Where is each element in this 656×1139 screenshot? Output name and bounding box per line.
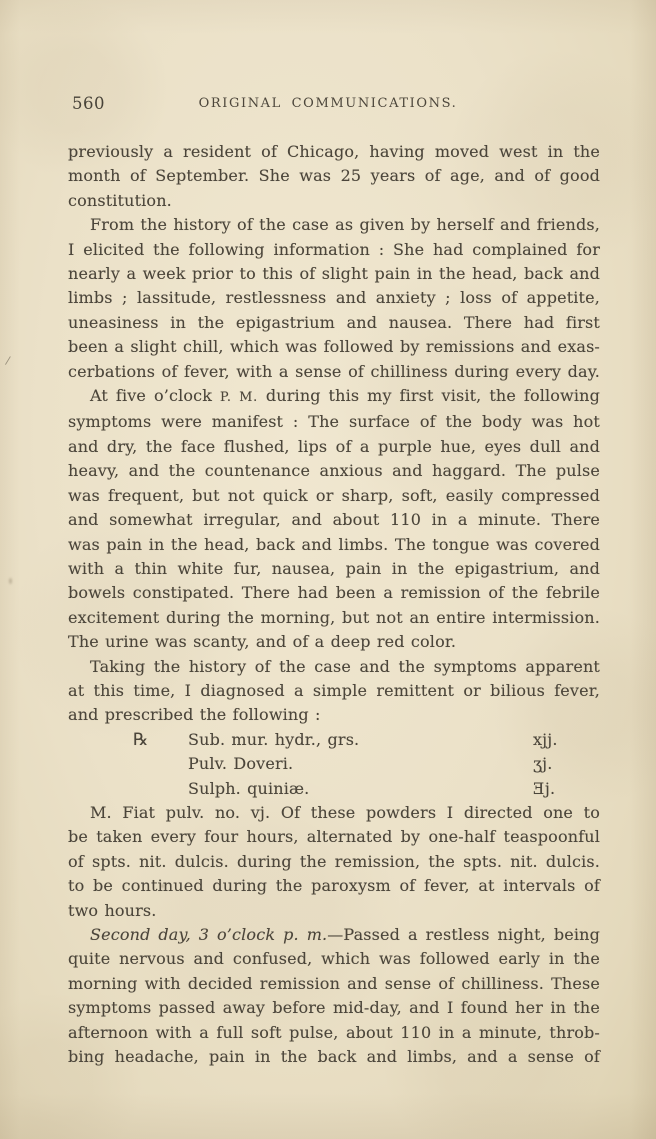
paragraph: From the history of the case as given by… (68, 213, 600, 384)
text-line: Taking the history of the case and the s… (68, 655, 600, 679)
text-line: cerbations of fever, with a sense of chi… (68, 360, 600, 384)
rx-symbol (133, 752, 188, 776)
text-line: symptoms were manifest : The surface of … (68, 410, 600, 434)
text-line: and prescribed the following : (68, 703, 600, 727)
text-line: with a thin white fur, nausea, pain in t… (68, 557, 600, 581)
text-line: constitution. (68, 189, 600, 213)
text-segment: bowels constipated. There had been a rem… (68, 583, 600, 602)
text-line: nearly a week prior to this of slight pa… (68, 262, 600, 286)
paragraph: At five o’clock P. M. during this my fir… (68, 384, 600, 654)
text-segment: quite nervous and confused, which was fo… (68, 949, 600, 968)
text-line: symptoms passed away before mid-day, and… (68, 996, 600, 1020)
rx-drug-name: Sub. mur. hydr., grs. (188, 728, 533, 752)
text-line: afternoon with a full soft pulse, about … (68, 1021, 600, 1045)
text-segment: constitution. (68, 191, 172, 210)
running-title: ORIGINAL COMMUNICATIONS. (0, 96, 656, 111)
text-line: to be continued during the paroxysm of f… (68, 874, 600, 898)
text-segment: At five o’clock (90, 386, 220, 405)
text-segment: was frequent, but not quick or sharp, so… (68, 486, 600, 505)
prescription-block: ℞Sub. mur. hydr., grs.xjj.Pulv. Doveri.ʒ… (68, 728, 600, 801)
text-line: Second day, 3 o’clock p. m.—Passed a res… (68, 923, 600, 947)
rx-quantity: ʒj. (533, 752, 553, 776)
text-segment: The urine was scanty, and of a deep red … (68, 632, 456, 651)
text-segment: to be continued during the paroxysm of f… (68, 876, 600, 895)
scanned-book-page: { "page": { "header": { "page_number": "… (0, 0, 656, 1139)
paragraph: previously a resident of Chicago, having… (68, 140, 600, 213)
prescription-row: Sulph. quiniæ.Ǝj. (68, 777, 600, 801)
text-segment: was pain in the head, back and limbs. Th… (68, 535, 600, 554)
rx-drug-name: Sulph. quiniæ. (188, 777, 533, 801)
text-segment: cerbations of fever, with a sense of chi… (68, 362, 600, 381)
text-segment: previously a resident of Chicago, having… (68, 142, 600, 161)
text-segment: symptoms were manifest : The surface of … (68, 412, 600, 431)
small-caps-text: P. M. (220, 390, 258, 405)
text-line: M. Fiat pulv. no. vj. Of these powders I… (68, 801, 600, 825)
text-segment: Taking the history of the case and the s… (90, 657, 600, 676)
text-line: been a slight chill, which was followed … (68, 335, 600, 359)
text-segment: and prescribed the following : (68, 705, 321, 724)
text-line: heavy, and the countenance anxious and h… (68, 459, 600, 483)
rx-quantity: xjj. (533, 728, 558, 752)
text-line: uneasiness in the epigastrium and nausea… (68, 311, 600, 335)
text-segment: From the history of the case as given by… (90, 215, 600, 234)
rx-drug-name: Pulv. Doveri. (188, 752, 533, 776)
text-segment: been a slight chill, which was followed … (68, 337, 600, 356)
text-line: two hours. (68, 899, 600, 923)
text-line: was frequent, but not quick or sharp, so… (68, 484, 600, 508)
text-segment: heavy, and the countenance anxious and h… (68, 461, 600, 480)
prescription-row: Pulv. Doveri.ʒj. (68, 752, 600, 776)
paragraph: M. Fiat pulv. no. vj. Of these powders I… (68, 801, 600, 923)
paragraph: Second day, 3 o’clock p. m.—Passed a res… (68, 923, 600, 1069)
italic-text: Second day, 3 o’clock p. m. (90, 925, 327, 944)
text-segment: two hours. (68, 901, 157, 920)
text-line: morning with decided remission and sense… (68, 972, 600, 996)
text-segment: —Passed a restless night, being (327, 925, 600, 944)
text-segment: and somewhat irregular, and about 110 in… (68, 510, 600, 529)
prescription-row: ℞Sub. mur. hydr., grs.xjj. (68, 728, 600, 752)
text-line: was pain in the head, back and limbs. Th… (68, 533, 600, 557)
text-segment: morning with decided remission and sense… (68, 974, 600, 993)
text-line: bing headache, pain in the back and limb… (68, 1045, 600, 1069)
body-text: previously a resident of Chicago, having… (68, 140, 600, 1069)
text-line: At five o’clock P. M. during this my fir… (68, 384, 600, 410)
text-segment: excitement during the morning, but not a… (68, 608, 600, 627)
rx-symbol: ℞ (133, 728, 188, 752)
scan-artifact-mark: / (4, 354, 11, 368)
text-line: From the history of the case as given by… (68, 213, 600, 237)
text-line: The urine was scanty, and of a deep red … (68, 630, 600, 654)
rx-quantity: Ǝj. (533, 777, 555, 801)
text-segment: nearly a week prior to this of slight pa… (68, 264, 600, 283)
text-line: and dry, the face flushed, lips of a pur… (68, 435, 600, 459)
text-line: bowels constipated. There had been a rem… (68, 581, 600, 605)
text-segment: month of September. She was 25 years of … (68, 166, 600, 185)
page-header: 560 ORIGINAL COMMUNICATIONS. (0, 94, 656, 116)
text-segment: uneasiness in the epigastrium and nausea… (68, 313, 600, 332)
text-line: be taken every four hours, alternated by… (68, 825, 600, 849)
text-segment: during this my first visit, the followin… (258, 386, 600, 405)
text-line: I elicited the following information : S… (68, 238, 600, 262)
scan-artifact-speck (9, 578, 12, 584)
text-segment: M. Fiat pulv. no. vj. Of these powders I… (90, 803, 600, 822)
text-segment: afternoon with a full soft pulse, about … (68, 1023, 600, 1042)
text-segment: be taken every four hours, alternated by… (68, 827, 600, 846)
text-line: quite nervous and confused, which was fo… (68, 947, 600, 971)
text-segment: bing headache, pain in the back and limb… (68, 1047, 600, 1066)
text-segment: of spts. nit. dulcis. during the remissi… (68, 852, 600, 871)
text-line: month of September. She was 25 years of … (68, 164, 600, 188)
text-segment: symptoms passed away before mid-day, and… (68, 998, 600, 1017)
text-line: limbs ; lassitude, restlessness and anxi… (68, 286, 600, 310)
text-segment: I elicited the following information : S… (68, 240, 600, 259)
paragraph: Taking the history of the case and the s… (68, 655, 600, 728)
text-line: at this time, I diagnosed a simple remit… (68, 679, 600, 703)
text-segment: limbs ; lassitude, restlessness and anxi… (68, 288, 600, 307)
text-line: and somewhat irregular, and about 110 in… (68, 508, 600, 532)
text-line: excitement during the morning, but not a… (68, 606, 600, 630)
text-segment: and dry, the face flushed, lips of a pur… (68, 437, 600, 456)
text-segment: with a thin white fur, nausea, pain in t… (68, 559, 600, 578)
text-line: previously a resident of Chicago, having… (68, 140, 600, 164)
text-line: of spts. nit. dulcis. during the remissi… (68, 850, 600, 874)
text-segment: at this time, I diagnosed a simple remit… (68, 681, 600, 700)
rx-symbol (133, 777, 188, 801)
